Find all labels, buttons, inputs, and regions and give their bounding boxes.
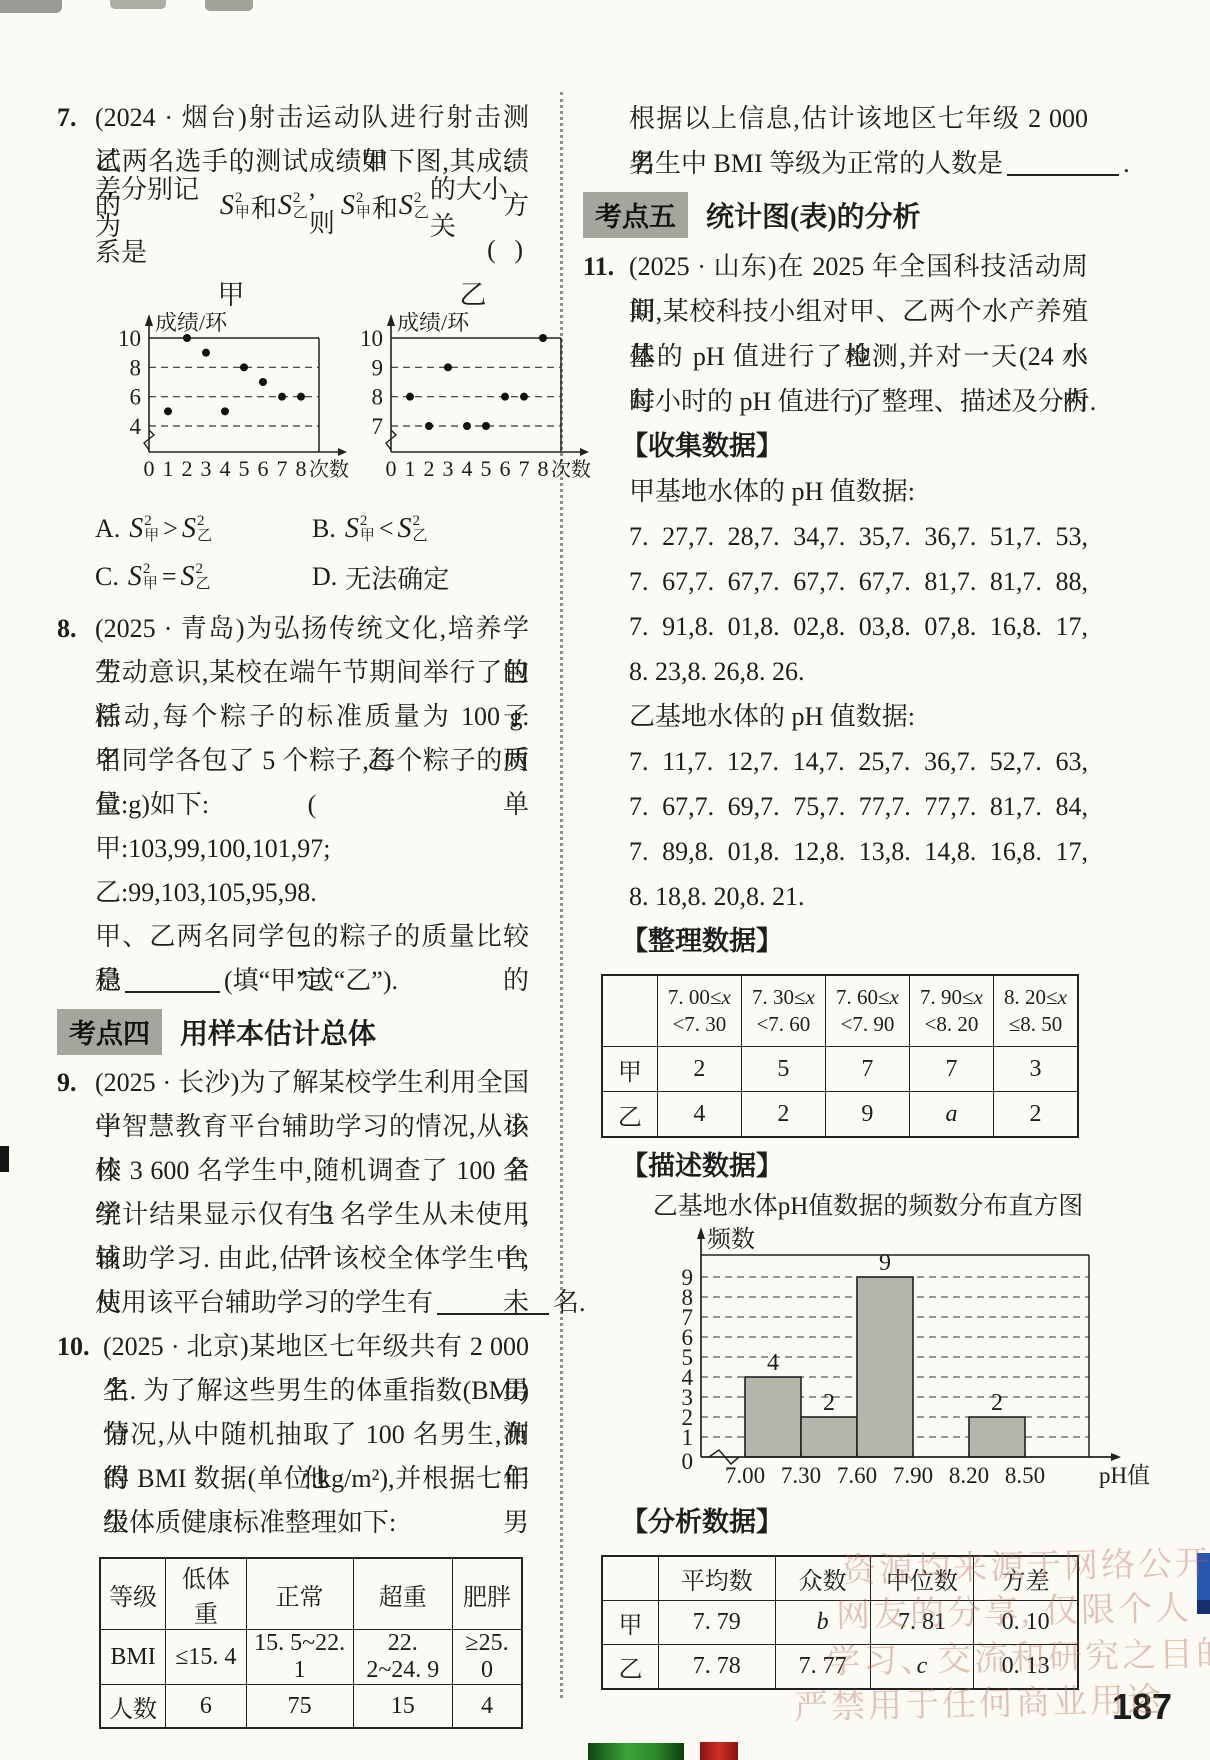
svg-text:9: 9 bbox=[372, 355, 384, 380]
problem-number: 8. bbox=[57, 607, 77, 651]
scatter-chart-yi: 10987012345678次数成绩/环 bbox=[355, 312, 591, 498]
math-s2-jia: S2甲 bbox=[341, 190, 371, 222]
problem-text-line: 统计结果显示仅有 3 名学生从未使用该平台 bbox=[95, 1193, 529, 1237]
table-cell: ≤15. 4 bbox=[166, 1630, 246, 1685]
subscript: 乙 bbox=[197, 529, 212, 544]
svg-text:7: 7 bbox=[519, 456, 530, 481]
problem-number: 7. bbox=[57, 96, 77, 140]
answer-blank bbox=[437, 1285, 549, 1315]
table-cell: 5 bbox=[741, 1047, 825, 1092]
table-cell: 4 bbox=[657, 1092, 741, 1138]
svg-text:8.20: 8.20 bbox=[949, 1463, 989, 1488]
problem-text-line: 甲、乙两名同学包的粽子的质量比较稳定的 bbox=[95, 915, 529, 959]
scatter-chart-jia: 10864012345678次数成绩/环 bbox=[113, 312, 349, 498]
svg-text:7.90: 7.90 bbox=[893, 1463, 933, 1488]
table-row: 甲 2 5 7 7 3 bbox=[602, 1047, 1078, 1092]
problem-text-line: 使用该平台辅助学习的学生有名. bbox=[95, 1281, 529, 1325]
subscript: 乙 bbox=[196, 577, 211, 592]
subscript: 乙 bbox=[414, 206, 429, 221]
answer-blank bbox=[125, 963, 220, 993]
problem-text-line: 男生中 BMI 等级为正常的人数是. bbox=[629, 141, 1088, 186]
problem-text-line: 辅助学习. 由此,估计该校全体学生中,从未 bbox=[95, 1237, 529, 1281]
shooting-charts: 甲 10864012345678次数成绩/环 乙 10987012345678次… bbox=[113, 278, 529, 503]
options-row-cd: C. S2甲 = S2乙 D. 无法确定 bbox=[95, 553, 529, 601]
svg-text:频数: 频数 bbox=[707, 1226, 755, 1253]
math-symbol: S bbox=[399, 190, 413, 222]
table-cell: BMI bbox=[100, 1630, 166, 1685]
table-cell: 8. 20≤x≤8. 50 bbox=[993, 975, 1078, 1047]
table-cell-corner bbox=[602, 975, 657, 1047]
less-than: < bbox=[379, 514, 394, 544]
section-badge: 考点五 bbox=[583, 192, 688, 238]
subscript: 乙 bbox=[413, 529, 428, 544]
math-symbol: S bbox=[278, 190, 292, 222]
scan-artifact-top-2 bbox=[110, 0, 166, 9]
svg-text:9: 9 bbox=[879, 1250, 891, 1276]
subscript: 甲 bbox=[235, 206, 250, 221]
data-line: 甲:103,99,100,101,97; bbox=[95, 827, 529, 871]
math-symbol: S bbox=[398, 513, 412, 545]
text-segment: 的大小关 bbox=[430, 169, 529, 243]
scan-artifact-bottom-red bbox=[700, 1742, 738, 1760]
data-line: 7. 11,7. 12,7. 14,7. 25,7. 36,7. 52,7. 6… bbox=[629, 739, 1088, 784]
option-d: D. 无法确定 bbox=[312, 559, 529, 596]
math-symbol: S bbox=[345, 513, 359, 545]
superscript: 2 bbox=[414, 191, 429, 206]
table-cell: 肥胖 bbox=[453, 1558, 522, 1630]
svg-text:2: 2 bbox=[823, 1390, 835, 1416]
table-cell-corner bbox=[602, 1556, 658, 1601]
section-header-kaodian5: 考点五 统计图(表)的分析 bbox=[583, 188, 1088, 242]
superscript: 2 bbox=[197, 514, 212, 529]
table-cell: 7. 79 bbox=[658, 1601, 775, 1645]
table-cell: 低体重 bbox=[166, 1558, 246, 1630]
text-segment: 是 bbox=[95, 966, 121, 995]
math-symbol: S bbox=[220, 190, 234, 222]
table-cell: 15 bbox=[353, 1685, 452, 1729]
problem-text-line: 活动,每个粽子的标准质量为 100 g. 甲、乙两 bbox=[95, 695, 529, 739]
problem-11: 11. (2025 · 山东)在 2025 年全国科技活动周期 间,某校科技小组… bbox=[583, 244, 1088, 964]
table-cell-unknown-a: a bbox=[909, 1092, 993, 1138]
problem-text-line: 每小时的 pH 值进行了整理、描述及分析. bbox=[629, 379, 1088, 424]
math-s2-yi: S2乙 bbox=[399, 190, 429, 222]
svg-text:7.60: 7.60 bbox=[837, 1463, 877, 1488]
data-line: 7. 67,7. 69,7. 75,7. 77,7. 77,7. 81,7. 8… bbox=[629, 784, 1088, 829]
subscript: 甲 bbox=[144, 529, 159, 544]
scan-artifact-bottom-green bbox=[588, 1743, 684, 1760]
jia-data-label: 甲基地水体的 pH 值数据: bbox=[629, 469, 1088, 514]
chart-title: 乙 bbox=[355, 278, 591, 312]
math-symbol: S bbox=[181, 561, 195, 593]
problem-number: 9. bbox=[57, 1061, 77, 1105]
svg-text:8: 8 bbox=[538, 456, 549, 481]
problem-text-line: 名同学各包了 5 个粽子,每个粽子的质量(单 bbox=[95, 739, 529, 783]
svg-text:3: 3 bbox=[443, 456, 454, 481]
svg-text:2: 2 bbox=[991, 1390, 1003, 1416]
chart-block-jia: 甲 10864012345678次数成绩/环 bbox=[113, 278, 349, 503]
superscript: 2 bbox=[356, 191, 371, 206]
svg-text:pH值: pH值 bbox=[1099, 1463, 1150, 1488]
svg-text:4: 4 bbox=[767, 1350, 779, 1376]
problem-text-line: (2025 · 北京)某地区七年级共有 2 000 名男 bbox=[103, 1325, 529, 1369]
svg-text:6: 6 bbox=[500, 456, 511, 481]
superscript: 2 bbox=[360, 514, 375, 529]
superscript: 2 bbox=[235, 191, 250, 206]
chart-title: 甲 bbox=[113, 278, 349, 312]
table-cell: 等级 bbox=[100, 1558, 166, 1630]
option-c: C. S2甲 = S2乙 bbox=[95, 561, 312, 593]
data-line: 7. 89,8. 01,8. 12,8. 13,8. 14,8. 16,8. 1… bbox=[629, 829, 1088, 874]
svg-text:5: 5 bbox=[481, 456, 492, 481]
problem-9: 9. (2025 · 长沙)为了解某校学生利用全国中小 学智慧教育平台辅助学习的… bbox=[57, 1061, 529, 1325]
right-column: 根据以上信息,估计该地区七年级 2 000 名 男生中 BMI 等级为正常的人数… bbox=[583, 96, 1088, 1690]
row-label: 乙 bbox=[602, 1645, 658, 1690]
data-line: 7. 91,8. 01,8. 02,8. 03,8. 07,8. 16,8. 1… bbox=[629, 604, 1088, 649]
option-label: C. bbox=[95, 562, 119, 592]
section-header-kaodian4: 考点四 用样本估计总体 bbox=[57, 1005, 529, 1059]
problem-10-continuation: 根据以上信息,估计该地区七年级 2 000 名 男生中 BMI 等级为正常的人数… bbox=[583, 96, 1088, 186]
yi-data-label: 乙基地水体的 pH 值数据: bbox=[629, 694, 1088, 739]
data-line: 7. 67,7. 67,7. 67,7. 67,7. 81,7. 81,7. 8… bbox=[629, 559, 1088, 604]
bmi-table: 等级 低体重 正常 超重 肥胖 BMI ≤15. 4 15. 5~22. 1 2… bbox=[99, 1557, 523, 1729]
svg-text:7.30: 7.30 bbox=[781, 1463, 821, 1488]
table-cell: 7. 78 bbox=[658, 1645, 775, 1690]
problem-text-line-math: 差分别记为 S2甲 和 S2乙 ,则 S2甲 和 S2乙 的大小关 bbox=[95, 184, 529, 228]
section-badge: 考点四 bbox=[57, 1009, 162, 1055]
svg-text:0: 0 bbox=[386, 456, 397, 481]
problem-text-line: (2025 · 山东)在 2025 年全国科技活动周期 bbox=[629, 244, 1088, 289]
table-cell: 超重 bbox=[353, 1558, 452, 1630]
svg-text:8.50: 8.50 bbox=[1005, 1463, 1045, 1488]
svg-text:7: 7 bbox=[277, 456, 288, 481]
text-segment: 系是 bbox=[95, 232, 147, 269]
problem-10: 10. (2025 · 北京)某地区七年级共有 2 000 名男 生. 为了解这… bbox=[57, 1325, 529, 1545]
math-symbol: S bbox=[341, 190, 355, 222]
table-cell: 4 bbox=[453, 1685, 522, 1729]
table-cell: 22. 2~24. 9 bbox=[353, 1630, 452, 1685]
svg-text:8: 8 bbox=[372, 385, 384, 410]
problem-number: 10. bbox=[57, 1325, 90, 1369]
row-label: 甲 bbox=[602, 1047, 657, 1092]
svg-text:8: 8 bbox=[296, 456, 307, 481]
math-symbol: S bbox=[128, 561, 142, 593]
problem-text-line: 学智慧教育平台辅助学习的情况,从该校全 bbox=[95, 1105, 529, 1149]
svg-text:7: 7 bbox=[372, 414, 384, 439]
svg-text:1: 1 bbox=[405, 456, 416, 481]
svg-text:2: 2 bbox=[182, 456, 193, 481]
svg-text:4: 4 bbox=[220, 456, 231, 481]
sort-data-header: 【整理数据】 bbox=[621, 919, 1088, 964]
problem-text-line: 体的 pH 值进行了检测,并对一天(24 小时)内 bbox=[629, 334, 1088, 379]
svg-text:1: 1 bbox=[163, 456, 174, 481]
page: 7. (2024 · 烟台)射击运动队进行射击测试,甲、 乙两名选手的测试成绩如… bbox=[0, 0, 1210, 1760]
table-cell: 2 bbox=[657, 1047, 741, 1092]
math-symbol: S bbox=[182, 513, 196, 545]
text-segment: 使用该平台辅助学习的学生有 bbox=[95, 1288, 433, 1317]
text-segment: (填“甲”或“乙”). bbox=[224, 966, 398, 995]
svg-text:6: 6 bbox=[130, 385, 142, 410]
subscript: 甲 bbox=[360, 529, 375, 544]
table-cell: 2 bbox=[993, 1092, 1078, 1138]
problem-8: 8. (2025 · 青岛)为弘扬传统文化,培养学生的 劳动意识,某校在端午节期… bbox=[57, 607, 529, 1003]
histogram-chart: 429212345678907.007.307.607.908.208.50pH… bbox=[655, 1225, 1167, 1495]
svg-text:0: 0 bbox=[144, 456, 155, 481]
superscript: 2 bbox=[196, 562, 211, 577]
problem-text-line: 情况,从中随机抽取了 100 名男生,测得他们 bbox=[103, 1413, 529, 1457]
svg-text:8: 8 bbox=[130, 355, 142, 380]
svg-text:9: 9 bbox=[682, 1265, 694, 1290]
table-row: 人数 6 75 15 4 bbox=[100, 1685, 522, 1729]
chart-block-yi: 乙 10987012345678次数成绩/环 bbox=[355, 278, 591, 503]
problem-text-line: 间,某校科技小组对甲、乙两个水产养殖基地水 bbox=[629, 289, 1088, 334]
svg-text:7.00: 7.00 bbox=[725, 1463, 765, 1488]
svg-text:10: 10 bbox=[118, 326, 141, 351]
histogram-title: 乙基地水体pH值数据的频数分布直方图 bbox=[638, 1189, 1098, 1225]
scan-artifact-top-3 bbox=[205, 0, 253, 11]
answer-blank bbox=[1007, 146, 1119, 176]
option-label: B. bbox=[312, 514, 336, 544]
option-label: A. bbox=[95, 514, 120, 544]
section-title: 用样本估计总体 bbox=[180, 1012, 376, 1052]
collect-data-header: 【收集数据】 bbox=[621, 424, 1088, 469]
equals: = bbox=[162, 562, 177, 592]
svg-text:0: 0 bbox=[682, 1449, 694, 1474]
svg-text:10: 10 bbox=[360, 326, 383, 351]
table-cell: 7. 90≤x<8. 20 bbox=[909, 975, 993, 1047]
subscript: 甲 bbox=[143, 577, 158, 592]
table-row: BMI ≤15. 4 15. 5~22. 1 22. 2~24. 9 ≥25. … bbox=[100, 1630, 522, 1685]
table-cell: 7 bbox=[909, 1047, 993, 1092]
row-label: 乙 bbox=[602, 1092, 657, 1138]
text-segment: 男生中 BMI 等级为正常的人数是 bbox=[629, 149, 1003, 178]
svg-text:成绩/环: 成绩/环 bbox=[397, 312, 470, 335]
table-cell: 正常 bbox=[246, 1558, 353, 1630]
scan-artifact-left-edge bbox=[0, 1146, 9, 1172]
frequency-table: 7. 00≤x<7. 30 7. 30≤x<7. 60 7. 60≤x<7. 9… bbox=[601, 974, 1079, 1138]
scan-artifact-top-1 bbox=[0, 0, 62, 13]
text-segment: ,则 bbox=[309, 173, 340, 240]
math-s2-jia: S2甲 bbox=[220, 190, 250, 222]
table-cell: 7. 00≤x<7. 30 bbox=[657, 975, 741, 1047]
svg-text:4: 4 bbox=[462, 456, 473, 481]
svg-text:次数: 次数 bbox=[309, 458, 349, 481]
svg-text:2: 2 bbox=[424, 456, 435, 481]
table-row: 7. 00≤x<7. 30 7. 30≤x<7. 60 7. 60≤x<7. 9… bbox=[602, 975, 1078, 1047]
problem-text-line: 体 3 600 名学生中,随机调查了 100 名学生, bbox=[95, 1149, 529, 1193]
text-segment: . bbox=[1123, 149, 1130, 178]
answer-parentheses: ( ) bbox=[487, 235, 529, 265]
option-b: B. S2甲 < S2乙 bbox=[312, 513, 529, 545]
problem-text-line: (2025 · 青岛)为弘扬传统文化,培养学生的 bbox=[95, 607, 529, 651]
scan-artifact-right-darkblue bbox=[1197, 1600, 1210, 1614]
describe-data-header: 【描述数据】 bbox=[621, 1144, 1088, 1189]
subscript: 乙 bbox=[293, 206, 308, 221]
data-line: 8. 18,8. 20,8. 21. bbox=[629, 874, 1088, 919]
superscript: 2 bbox=[144, 514, 159, 529]
table-cell: 7 bbox=[825, 1047, 909, 1092]
table-cell: 人数 bbox=[100, 1685, 166, 1729]
text-segment: 名. bbox=[553, 1288, 586, 1317]
analyze-data-header: 【分析数据】 bbox=[621, 1500, 1088, 1545]
section-title: 统计图(表)的分析 bbox=[706, 195, 921, 235]
problem-7: 7. (2024 · 烟台)射击运动队进行射击测试,甲、 乙两名选手的测试成绩如… bbox=[57, 96, 529, 601]
problem-number: 11. bbox=[583, 244, 614, 289]
svg-text:4: 4 bbox=[130, 414, 142, 439]
math-s2-jia: S2甲 bbox=[129, 513, 159, 545]
table-cell: 15. 5~22. 1 bbox=[246, 1630, 353, 1685]
text-segment: 和 bbox=[372, 188, 398, 225]
table-cell: 2 bbox=[741, 1092, 825, 1138]
table-cell: 75 bbox=[246, 1685, 353, 1729]
math-s2-jia: S2甲 bbox=[128, 561, 158, 593]
problem-text-line: 劳动意识,某校在端午节期间举行了包粽子 bbox=[95, 651, 529, 695]
option-a: A. S2甲 > S2乙 bbox=[95, 513, 312, 545]
svg-text:6: 6 bbox=[258, 456, 269, 481]
superscript: 2 bbox=[143, 562, 158, 577]
table-cell: 3 bbox=[993, 1047, 1078, 1092]
svg-text:5: 5 bbox=[239, 456, 250, 481]
problem-text-line: 的 BMI 数据(单位:kg/m²),并根据七年级男 bbox=[103, 1457, 529, 1501]
option-label: D. bbox=[312, 562, 337, 592]
math-s2-yi: S2乙 bbox=[181, 561, 211, 593]
table-cell: 7. 30≤x<7. 60 bbox=[741, 975, 825, 1047]
subscript: 甲 bbox=[356, 206, 371, 221]
option-text: 无法确定 bbox=[345, 559, 449, 596]
watermark-line: 严禁用于任何商业用途 bbox=[794, 1672, 1165, 1729]
svg-text:成绩/环: 成绩/环 bbox=[155, 312, 228, 335]
problem-text-line: (2024 · 烟台)射击运动队进行射击测试,甲、 bbox=[95, 96, 529, 140]
math-s2-yi: S2乙 bbox=[182, 513, 212, 545]
table-row: 乙 4 2 9 a 2 bbox=[602, 1092, 1078, 1138]
options-row-ab: A. S2甲 > S2乙 B. S2甲 < S2乙 bbox=[95, 505, 529, 553]
text-segment: 和 bbox=[251, 188, 277, 225]
problem-text-line: 生. 为了解这些男生的体重指数(BMI)分布 bbox=[103, 1369, 529, 1413]
data-line: 7. 27,7. 28,7. 34,7. 35,7. 36,7. 51,7. 5… bbox=[629, 514, 1088, 559]
table-cell: 6 bbox=[166, 1685, 246, 1729]
superscript: 2 bbox=[293, 191, 308, 206]
greater-than: > bbox=[163, 514, 178, 544]
table-row: 等级 低体重 正常 超重 肥胖 bbox=[100, 1558, 522, 1630]
problem-text-line: (2025 · 长沙)为了解某校学生利用全国中小 bbox=[95, 1061, 529, 1105]
math-s2-yi: S2乙 bbox=[398, 513, 428, 545]
data-line: 8. 23,8. 26,8. 26. bbox=[629, 649, 1088, 694]
math-s2-jia: S2甲 bbox=[345, 513, 375, 545]
table-cell: 9 bbox=[825, 1092, 909, 1138]
table-cell: ≥25. 0 bbox=[453, 1630, 522, 1685]
data-line: 乙:99,103,105,95,98. bbox=[95, 871, 529, 915]
math-symbol: S bbox=[129, 513, 143, 545]
row-label: 甲 bbox=[602, 1601, 658, 1645]
table-cell: 平均数 bbox=[658, 1556, 775, 1601]
problem-text-line: 根据以上信息,估计该地区七年级 2 000 名 bbox=[629, 96, 1088, 141]
left-column: 7. (2024 · 烟台)射击运动队进行射击测试,甲、 乙两名选手的测试成绩如… bbox=[57, 96, 529, 1729]
svg-text:3: 3 bbox=[201, 456, 212, 481]
superscript: 2 bbox=[413, 514, 428, 529]
math-s2-yi: S2乙 bbox=[278, 190, 308, 222]
table-cell: 7. 60≤x<7. 90 bbox=[825, 975, 909, 1047]
